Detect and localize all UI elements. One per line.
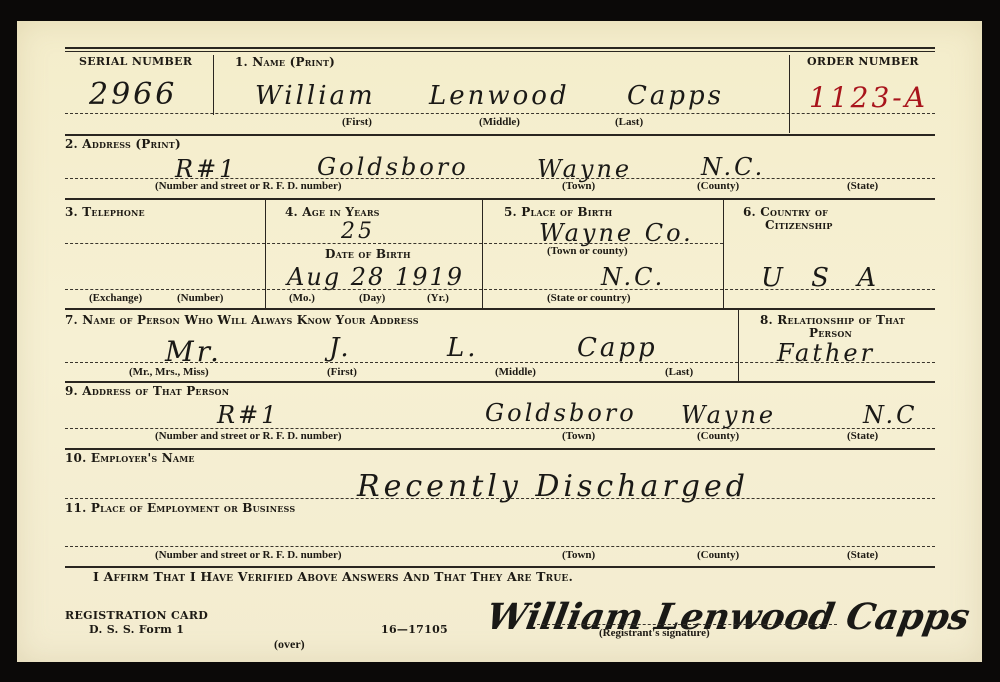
relationship-label-1: 8. Relationship of That (760, 313, 905, 327)
contact-address-state-value: N.C (863, 401, 917, 429)
name-middle-value: Lenwood (429, 81, 570, 111)
employer-label: 10. Employer's Name (65, 451, 195, 465)
rule (65, 134, 935, 136)
contact-address-street-value: R#1 (217, 401, 279, 429)
contact-address-county-value: Wayne (681, 401, 776, 429)
form-title: REGISTRATION CARD (65, 609, 208, 622)
dotted-rule (65, 362, 738, 363)
rule (65, 566, 935, 568)
name-middle-sublabel: (Middle) (479, 116, 520, 128)
citizenship-label-1: 6. Country of (743, 205, 828, 219)
address-state-sublabel: (State) (847, 180, 878, 192)
dob-month-sublabel: (Mo.) (289, 292, 315, 304)
dob-value: Aug 28 1919 (287, 263, 464, 291)
telephone-number-sublabel: (Number) (177, 292, 223, 304)
contact-first-value: J. (329, 333, 352, 363)
serial-number-label: SERIAL NUMBER (79, 55, 192, 68)
top-rule-inner (65, 51, 935, 52)
signature-sublabel: (Registrant's signature) (599, 627, 710, 639)
name-first-sublabel: (First) (342, 116, 372, 128)
dotted-rule (65, 498, 935, 499)
name-first-value: William (255, 81, 376, 111)
serial-number-value: 2966 (89, 77, 177, 112)
address-town-value: Goldsboro (317, 153, 469, 181)
place-of-birth-label: 5. Place of Birth (504, 205, 612, 219)
contact-middle-sublabel: (Middle) (495, 366, 536, 378)
employment-state-sublabel: (State) (847, 549, 878, 561)
affirmation-text: I Affirm That I Have Verified Above Answ… (93, 569, 573, 584)
top-rule (65, 47, 935, 49)
divider (723, 200, 724, 308)
rule (65, 381, 935, 383)
print-code: 16—17105 (381, 623, 448, 636)
employment-county-sublabel: (County) (697, 549, 739, 561)
employment-street-sublabel: (Number and street or R. F. D. number) (155, 549, 342, 561)
dotted-rule (65, 546, 935, 547)
name-label: 1. Name (Print) (235, 55, 335, 69)
dotted-rule (65, 289, 265, 290)
address-label: 2. Address (Print) (65, 137, 181, 151)
contact-last-sublabel: (Last) (665, 366, 693, 378)
contact-title-sublabel: (Mr., Mrs., Miss) (129, 366, 209, 378)
dotted-rule (484, 289, 723, 290)
contact-address-street-sublabel: (Number and street or R. F. D. number) (155, 430, 342, 442)
order-number-value: 1123-A (809, 81, 928, 114)
signature-line (537, 624, 837, 625)
form-number: D. S. S. Form 1 (89, 623, 184, 636)
dotted-rule (740, 362, 935, 363)
over-label: (over) (274, 637, 305, 652)
divider (789, 55, 790, 133)
address-county-sublabel: (County) (697, 180, 739, 192)
address-state-value: N.C. (701, 153, 765, 181)
dotted-rule (65, 428, 935, 429)
contact-first-sublabel: (First) (327, 366, 357, 378)
dob-day-sublabel: (Day) (359, 292, 385, 304)
contact-address-state-sublabel: (State) (847, 430, 878, 442)
dob-year-sublabel: (Yr.) (427, 292, 449, 304)
contact-label: 7. Name of Person Who Will Always Know Y… (65, 313, 419, 327)
age-value: 25 (341, 219, 375, 244)
telephone-label: 3. Telephone (65, 205, 145, 219)
address-town-sublabel: (Town) (562, 180, 595, 192)
name-last-value: Capps (627, 81, 724, 111)
contact-address-town-value: Goldsboro (485, 399, 637, 427)
citizenship-label-2: Citizenship (765, 218, 833, 232)
rule (65, 448, 935, 450)
dotted-rule (484, 243, 723, 244)
contact-address-town-sublabel: (Town) (562, 430, 595, 442)
divider (213, 55, 214, 115)
divider (482, 200, 483, 308)
dob-label: Date of Birth (325, 247, 411, 261)
place-of-birth-state-sublabel: (State or country) (547, 292, 631, 304)
contact-title-value: Mr. (165, 335, 222, 368)
contact-last-value: Capp (577, 333, 658, 363)
divider (265, 200, 266, 308)
registrant-signature: William Lenwood Capps (483, 596, 973, 638)
place-of-birth-state-value: N.C. (601, 263, 665, 291)
dotted-rule (65, 243, 265, 244)
contact-middle-value: L. (447, 333, 479, 363)
dotted-rule (267, 289, 482, 290)
rule (65, 198, 935, 200)
dotted-rule (65, 113, 935, 114)
dotted-rule (65, 178, 935, 179)
place-of-birth-town-sublabel: (Town or county) (547, 245, 628, 257)
contact-address-county-sublabel: (County) (697, 430, 739, 442)
dotted-rule (267, 243, 482, 244)
order-number-label: ORDER NUMBER (807, 55, 919, 68)
address-street-sublabel: (Number and street or R. F. D. number) (155, 180, 342, 192)
relationship-label-2: Person (809, 326, 852, 340)
registration-card: SERIAL NUMBER 2966 1. Name (Print) Willi… (17, 21, 982, 662)
rule (725, 308, 935, 309)
telephone-exchange-sublabel: (Exchange) (89, 292, 142, 304)
divider (738, 310, 739, 382)
name-last-sublabel: (Last) (615, 116, 643, 128)
employment-place-label: 11. Place of Employment or Business (65, 501, 295, 515)
age-label: 4. Age in Years (285, 205, 380, 219)
dotted-rule (725, 289, 935, 290)
employment-town-sublabel: (Town) (562, 549, 595, 561)
contact-address-label: 9. Address of That Person (65, 384, 229, 398)
